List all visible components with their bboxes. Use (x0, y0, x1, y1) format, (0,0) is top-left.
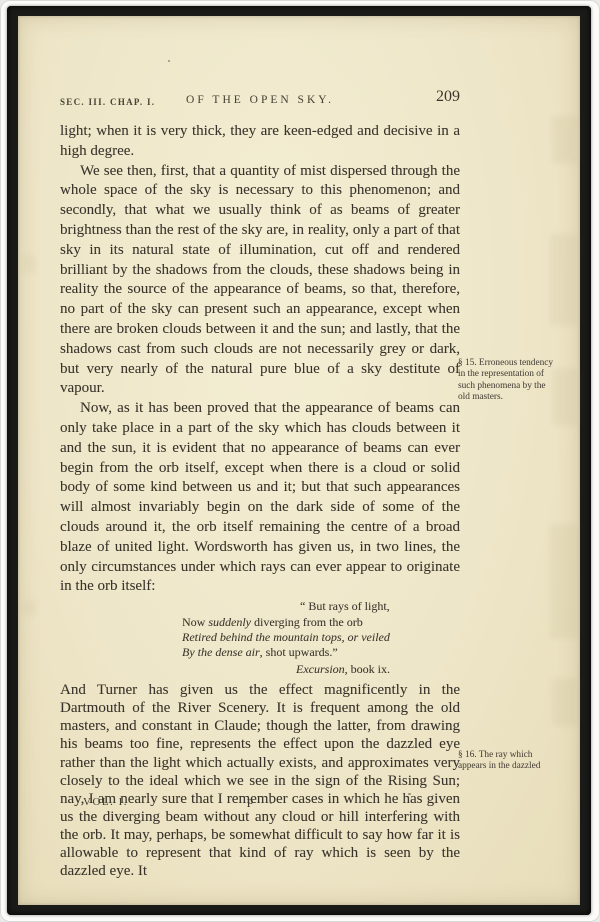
paragraph: Now, as it has been proved that the appe… (60, 399, 460, 597)
text-column: light; when it is very thick, they are k… (60, 122, 460, 880)
scan-speck (270, 802, 272, 804)
scan-speck (408, 793, 411, 795)
running-header-title: OF THE OPEN SKY. (60, 94, 460, 106)
bleedthrough-smudge (22, 254, 36, 274)
quote-text: “ But rays of light, (300, 599, 390, 613)
bleedthrough-smudge (552, 368, 578, 426)
quote-line: Now suddenly diverging from the orb (182, 615, 460, 630)
book-page: SEC. III. CHAP. I. OF THE OPEN SKY. 209 … (18, 16, 580, 905)
quote-attribution: Excursion, book ix. (182, 662, 460, 677)
signature-mark: P (160, 796, 340, 811)
volume-label: VOL. I. (83, 796, 128, 808)
bleedthrough-smudge (22, 600, 36, 616)
quote-line: Retired behind the mountain tops, or vei… (182, 630, 460, 645)
running-header: SEC. III. CHAP. I. OF THE OPEN SKY. 209 (60, 92, 460, 112)
margin-note-section-15: § 15. Erroneous tendency in the represen… (458, 358, 555, 403)
bleedthrough-smudge (552, 678, 578, 726)
margin-note-section-16: § 16. The ray which appears in the dazzl… (458, 750, 555, 773)
bleedthrough-smudge (550, 524, 578, 639)
quote-text-italic: By the dense air (182, 645, 260, 659)
scan-frame: SEC. III. CHAP. I. OF THE OPEN SKY. 209 … (7, 6, 591, 915)
quote-text: Now (182, 615, 208, 629)
paragraph: We see then, first, that a quantity of m… (60, 162, 460, 400)
quote-text: , shot upwards.” (260, 645, 338, 659)
scan-speck (168, 60, 170, 62)
paragraph-continued: light; when it is very thick, they are k… (60, 122, 460, 162)
page-number: 209 (436, 88, 460, 106)
quote-line: By the dense air, shot upwards.” (182, 645, 460, 660)
bleedthrough-smudge (552, 116, 578, 164)
quote-text: diverging from the orb (251, 615, 363, 629)
quote-line: “ But rays of light, (182, 599, 460, 614)
quote-source-italic: Excursion (296, 662, 345, 676)
quote-text-italic: suddenly (208, 615, 251, 629)
scan-speck (103, 204, 105, 206)
quote-text-italic: Retired behind the mountain tops, or vei… (182, 630, 390, 644)
scanned-page-image: SEC. III. CHAP. I. OF THE OPEN SKY. 209 … (0, 0, 600, 922)
verse-quote: “ But rays of light, Now suddenly diverg… (182, 599, 460, 677)
paragraph-continued: And Turner has given us the effect magni… (60, 681, 460, 880)
bleedthrough-smudge (550, 234, 578, 326)
quote-source: , book ix. (345, 662, 390, 676)
